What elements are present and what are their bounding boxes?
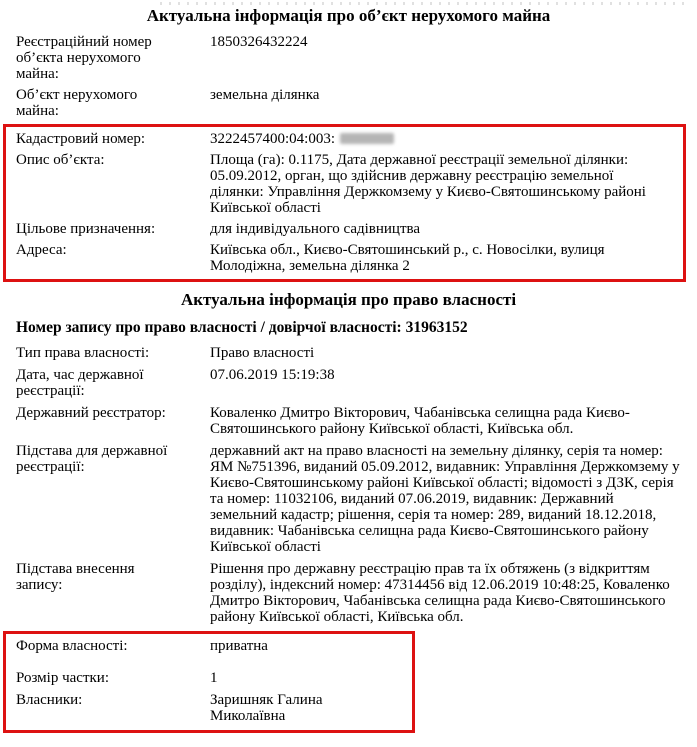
highlight-box-property: Кадастровий номер: 3222457400:04:003: Оп… xyxy=(3,124,686,282)
field-value: Площа (га): 0.1175, Дата державної реєст… xyxy=(210,152,683,216)
field-row-registration-number: Реєстраційний номер об’єкта нерухомого м… xyxy=(0,34,697,82)
field-row-object-type: Об’єкт нерухомого майна: земельна ділянк… xyxy=(0,87,697,119)
field-value: 1850326432224 xyxy=(210,34,697,82)
field-row-ownership-form: Форма власності: приватна xyxy=(6,638,412,654)
record-number-line: Номер запису про право власності / довір… xyxy=(0,319,697,337)
field-row-registration-grounds: Підстава для державної реєстрації: держа… xyxy=(0,443,697,555)
field-value: Право власності xyxy=(210,345,697,361)
clipped-text-top-edge xyxy=(160,2,690,5)
ownership-section: Актуальна інформація про право власності… xyxy=(0,290,697,733)
field-value: приватна xyxy=(210,638,412,654)
section-object-title: Актуальна інформація про об’єкт нерухомо… xyxy=(0,6,697,26)
field-value: земельна ділянка xyxy=(210,87,697,119)
field-label: Кадастровий номер: xyxy=(16,131,210,147)
field-label: Об’єкт нерухомого майна: xyxy=(16,87,210,119)
property-register-extract: Актуальна інформація про об’єкт нерухомо… xyxy=(0,0,697,747)
field-label: Підстава внесення запису: xyxy=(16,561,210,625)
section-ownership-title: Актуальна інформація про право власності xyxy=(0,290,697,310)
field-label: Підстава для державної реєстрації: xyxy=(16,443,210,555)
field-label: Цільове призначення: xyxy=(16,221,210,237)
highlight-box-ownership: Форма власності: приватна Розмір частки:… xyxy=(3,631,415,733)
field-value: Рішення про державну реєстрацію прав та … xyxy=(210,561,697,625)
field-value: державний акт на право власності на земе… xyxy=(210,443,697,555)
field-value: Коваленко Дмитро Вікторович, Чабанівська… xyxy=(210,405,697,437)
field-label: Дата, час державної реєстрації: xyxy=(16,367,210,399)
field-row-ownership-type: Тип права власності: Право власності xyxy=(0,345,697,361)
field-label: Опис об’єкта: xyxy=(16,152,210,216)
field-value: для індивідуального садівництва xyxy=(210,221,683,237)
field-value: 1 xyxy=(210,670,412,686)
field-row-registration-datetime: Дата, час державної реєстрації: 07.06.20… xyxy=(0,367,697,399)
field-value: 07.06.2019 15:19:38 xyxy=(210,367,697,399)
field-label: Державний реєстратор: xyxy=(16,405,210,437)
redacted-area xyxy=(340,133,394,144)
field-label: Власники: xyxy=(16,692,210,724)
field-row-address: Адреса: Київська обл., Києво-Святошинськ… xyxy=(6,242,683,274)
field-row-designated-purpose: Цільове призначення: для індивідуального… xyxy=(6,221,683,237)
field-label: Розмір частки: xyxy=(16,670,210,686)
field-row-state-registrar: Державний реєстратор: Коваленко Дмитро В… xyxy=(0,405,697,437)
field-row-owners: Власники: Заришняк Галина Миколаївна xyxy=(6,692,412,724)
field-row-object-description: Опис об’єкта: Площа (га): 0.1175, Дата д… xyxy=(6,152,683,216)
field-value: Заришняк Галина Миколаївна xyxy=(210,692,412,724)
cadastral-number: 3222457400:04:003: xyxy=(210,131,335,147)
field-row-record-entry-grounds: Підстава внесення запису: Рішення про де… xyxy=(0,561,697,625)
field-row-share-size: Розмір частки: 1 xyxy=(6,670,412,686)
field-value: Київська обл., Києво-Святошинський р., с… xyxy=(210,242,683,274)
field-label: Тип права власності: xyxy=(16,345,210,361)
field-label: Форма власності: xyxy=(16,638,210,654)
field-label: Реєстраційний номер об’єкта нерухомого м… xyxy=(16,34,210,82)
field-value: 3222457400:04:003: xyxy=(210,131,683,147)
field-row-cadastral-number: Кадастровий номер: 3222457400:04:003: xyxy=(6,131,683,147)
field-label: Адреса: xyxy=(16,242,210,274)
